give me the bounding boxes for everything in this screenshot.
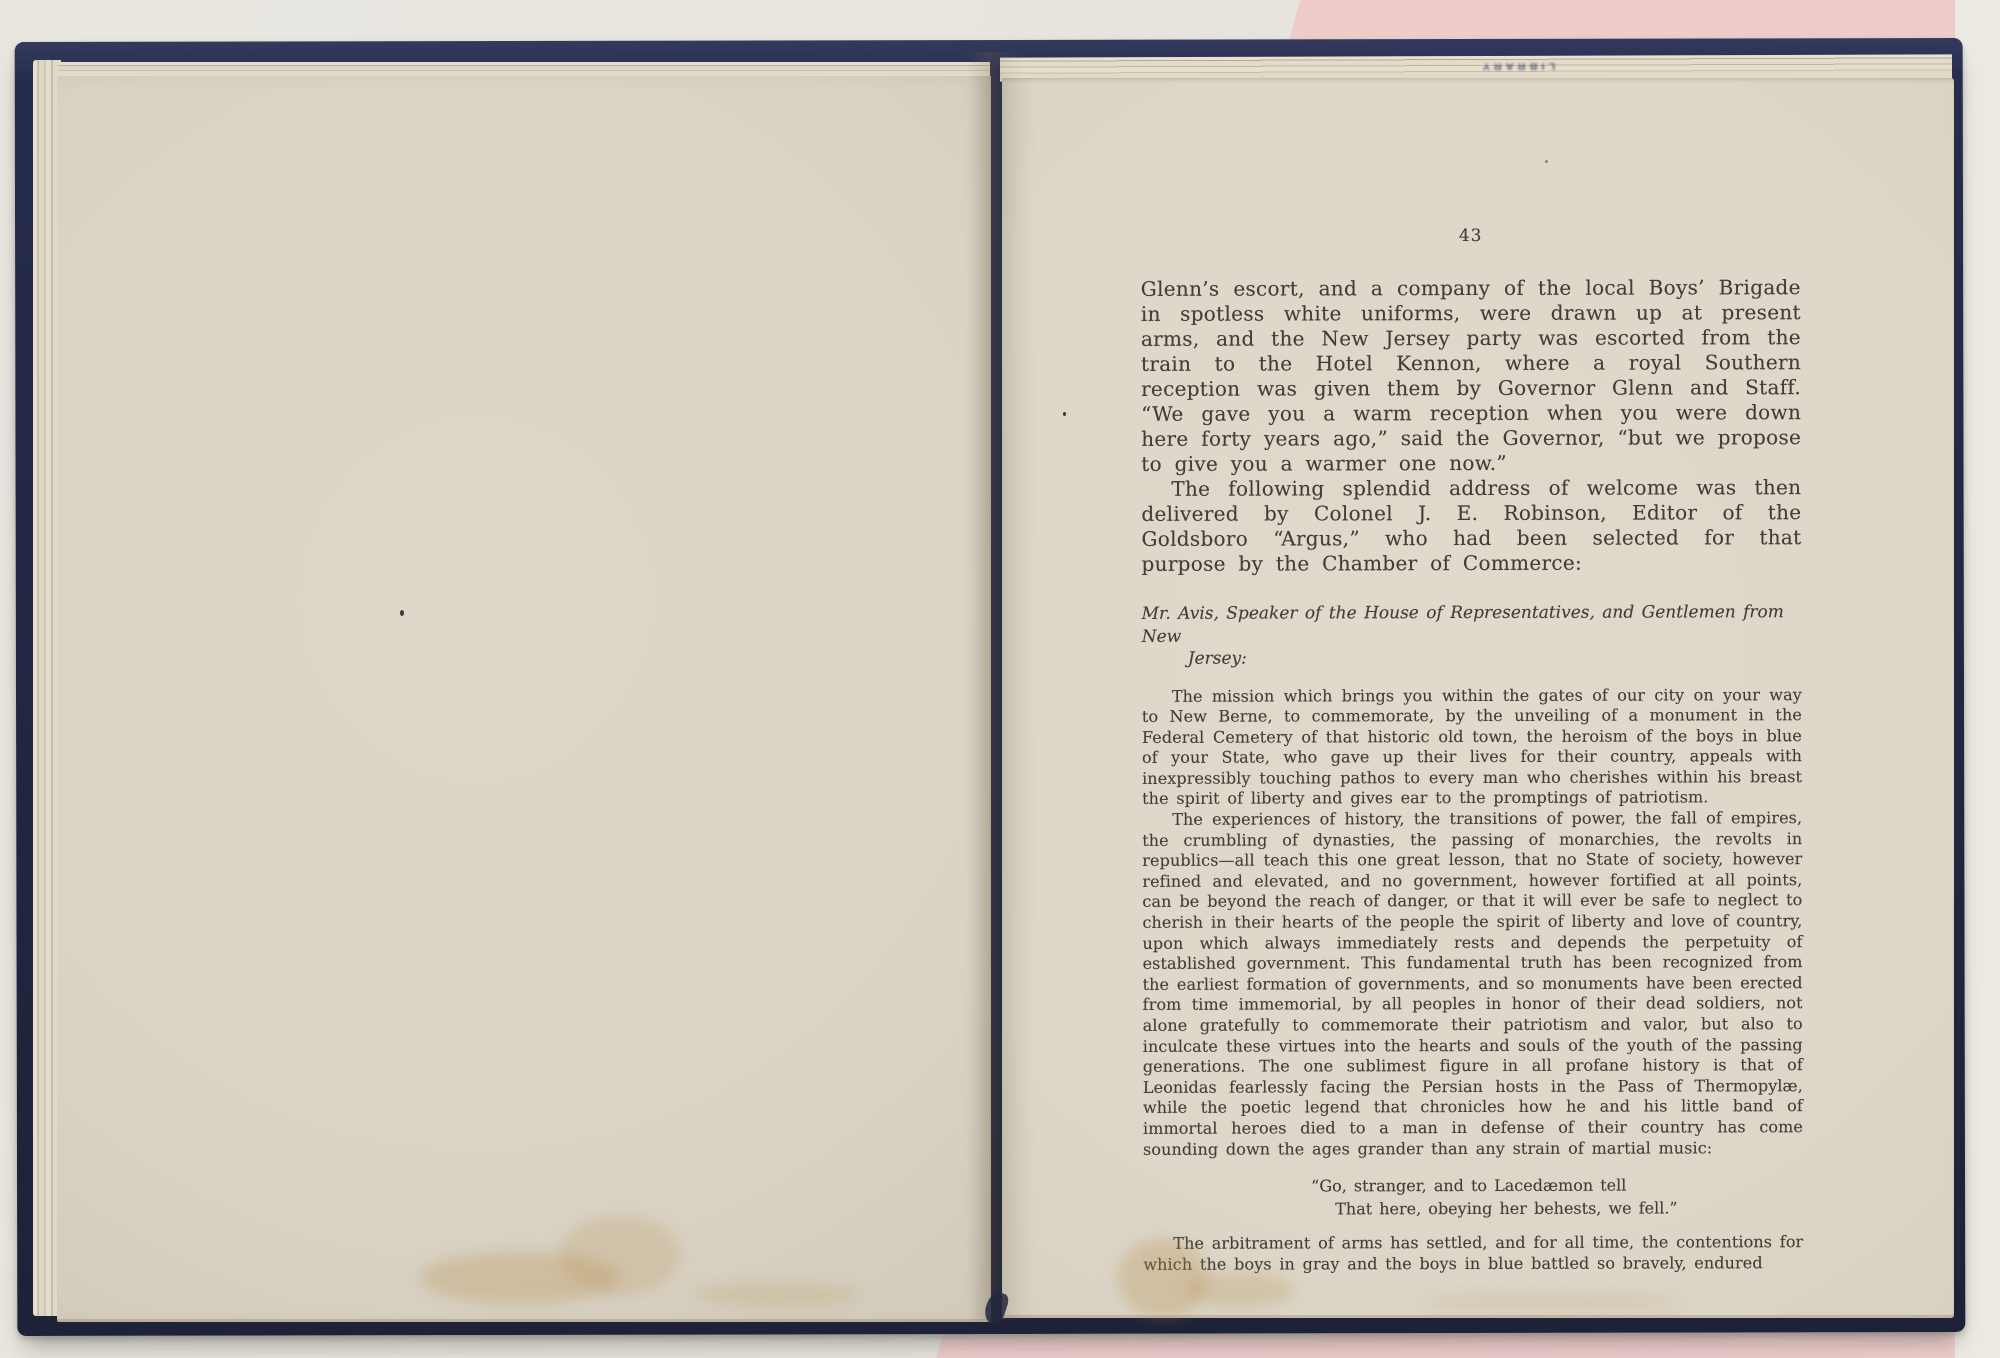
paragraph-experiences: The experiences of history, the transiti… bbox=[1142, 808, 1803, 1160]
salutation-line-2: Jersey: bbox=[1142, 646, 1802, 670]
paper-speck bbox=[1545, 160, 1548, 163]
paragraph-arbitrament: The arbitrament of arms has settled, and… bbox=[1143, 1232, 1803, 1275]
quote-line-2: That here, obeying her behests, we fell.… bbox=[1311, 1197, 1803, 1221]
book-scan: LIBRARY 43 Glenn’s escort, and a company… bbox=[0, 0, 2000, 1358]
salutation-line-1: Mr. Avis, Speaker of the House of Repres… bbox=[1142, 601, 1802, 648]
page-text-block: 43 Glenn’s escort, and a company of the … bbox=[1141, 225, 1804, 1275]
paragraph-intro: The following splendid address of welcom… bbox=[1141, 475, 1801, 577]
library-stamp: LIBRARY bbox=[1412, 60, 1622, 71]
paper-speck bbox=[400, 610, 404, 616]
water-stain bbox=[1118, 1238, 1208, 1318]
verse-quote: “Go, stranger, and to Lacedæmon tell Tha… bbox=[1143, 1174, 1803, 1221]
paragraph-continuation: Glenn’s escort, and a company of the loc… bbox=[1141, 275, 1802, 477]
paper-speck bbox=[1063, 412, 1066, 416]
paragraph-mission: The mission which brings you within the … bbox=[1142, 685, 1802, 810]
salutation: Mr. Avis, Speaker of the House of Repres… bbox=[1142, 601, 1802, 670]
quote-line-1: “Go, stranger, and to Lacedæmon tell bbox=[1311, 1174, 1803, 1198]
cover-right-edge bbox=[1957, 620, 1960, 1280]
water-stain bbox=[560, 1215, 680, 1295]
page-number: 43 bbox=[1141, 225, 1801, 247]
left-blank-page bbox=[57, 76, 991, 1322]
right-text-page: 43 Glenn’s escort, and a company of the … bbox=[1002, 78, 1954, 1318]
water-stain bbox=[1185, 1272, 1295, 1308]
water-stain bbox=[1420, 1292, 1680, 1312]
water-stain bbox=[690, 1282, 860, 1308]
